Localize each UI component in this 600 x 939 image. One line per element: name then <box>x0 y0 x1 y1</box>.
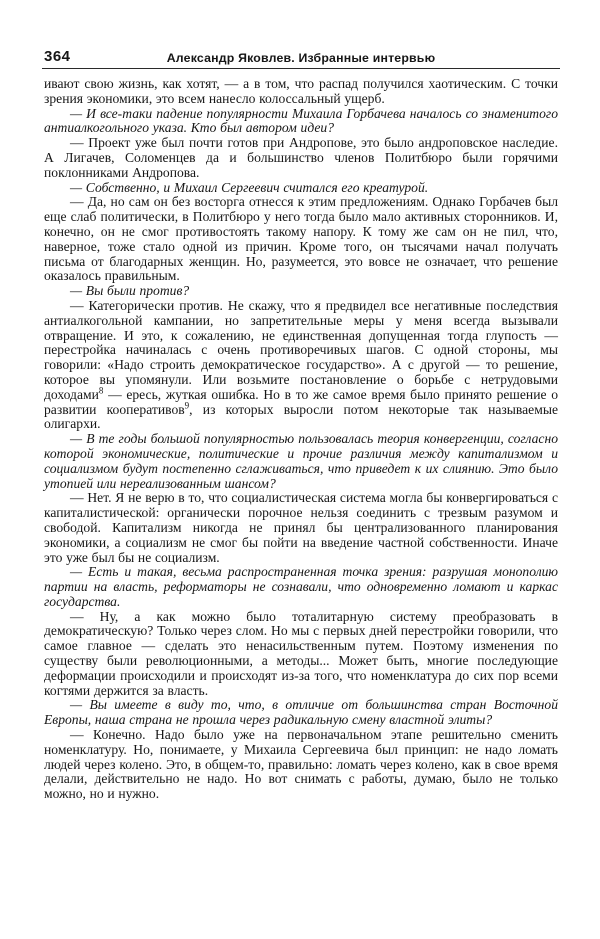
question-paragraph: — И все-таки падение популярности Михаил… <box>44 107 558 137</box>
running-head: 364 Александр Яковлев. Избранные интервь… <box>44 48 558 66</box>
question-paragraph: — Собственно, и Михаил Сергеевич считалс… <box>44 181 558 196</box>
interview-text: ивают свою жизнь, как хотят, — а в том, … <box>44 77 558 802</box>
answer-paragraph: — Да, но сам он без восторга отнесся к э… <box>44 195 558 284</box>
paragraph-continuation: ивают свою жизнь, как хотят, — а в том, … <box>44 77 558 107</box>
answer-paragraph-with-footnotes: — Категорически против. Не скажу, что я … <box>44 299 558 432</box>
question-paragraph: — В те годы большой популярностью пользо… <box>44 432 558 491</box>
answer-paragraph: — Нет. Я не верю в то, что социалистичес… <box>44 491 558 565</box>
question-paragraph: — Есть и такая, весьма распространенная … <box>44 565 558 609</box>
question-paragraph: — Вы имеете в виду то, что, в отличие от… <box>44 698 558 728</box>
running-title: Александр Яковлев. Избранные интервью <box>44 51 558 65</box>
book-page: 364 Александр Яковлев. Избранные интервь… <box>0 0 600 939</box>
answer-paragraph: — Ну, а как можно было тоталитарную сист… <box>44 610 558 699</box>
header-rule <box>42 68 560 69</box>
answer-paragraph: — Проект уже был почти готов при Андропо… <box>44 136 558 180</box>
answer-paragraph: — Конечно. Надо было уже на первоначальн… <box>44 728 558 802</box>
question-paragraph: — Вы были против? <box>44 284 558 299</box>
